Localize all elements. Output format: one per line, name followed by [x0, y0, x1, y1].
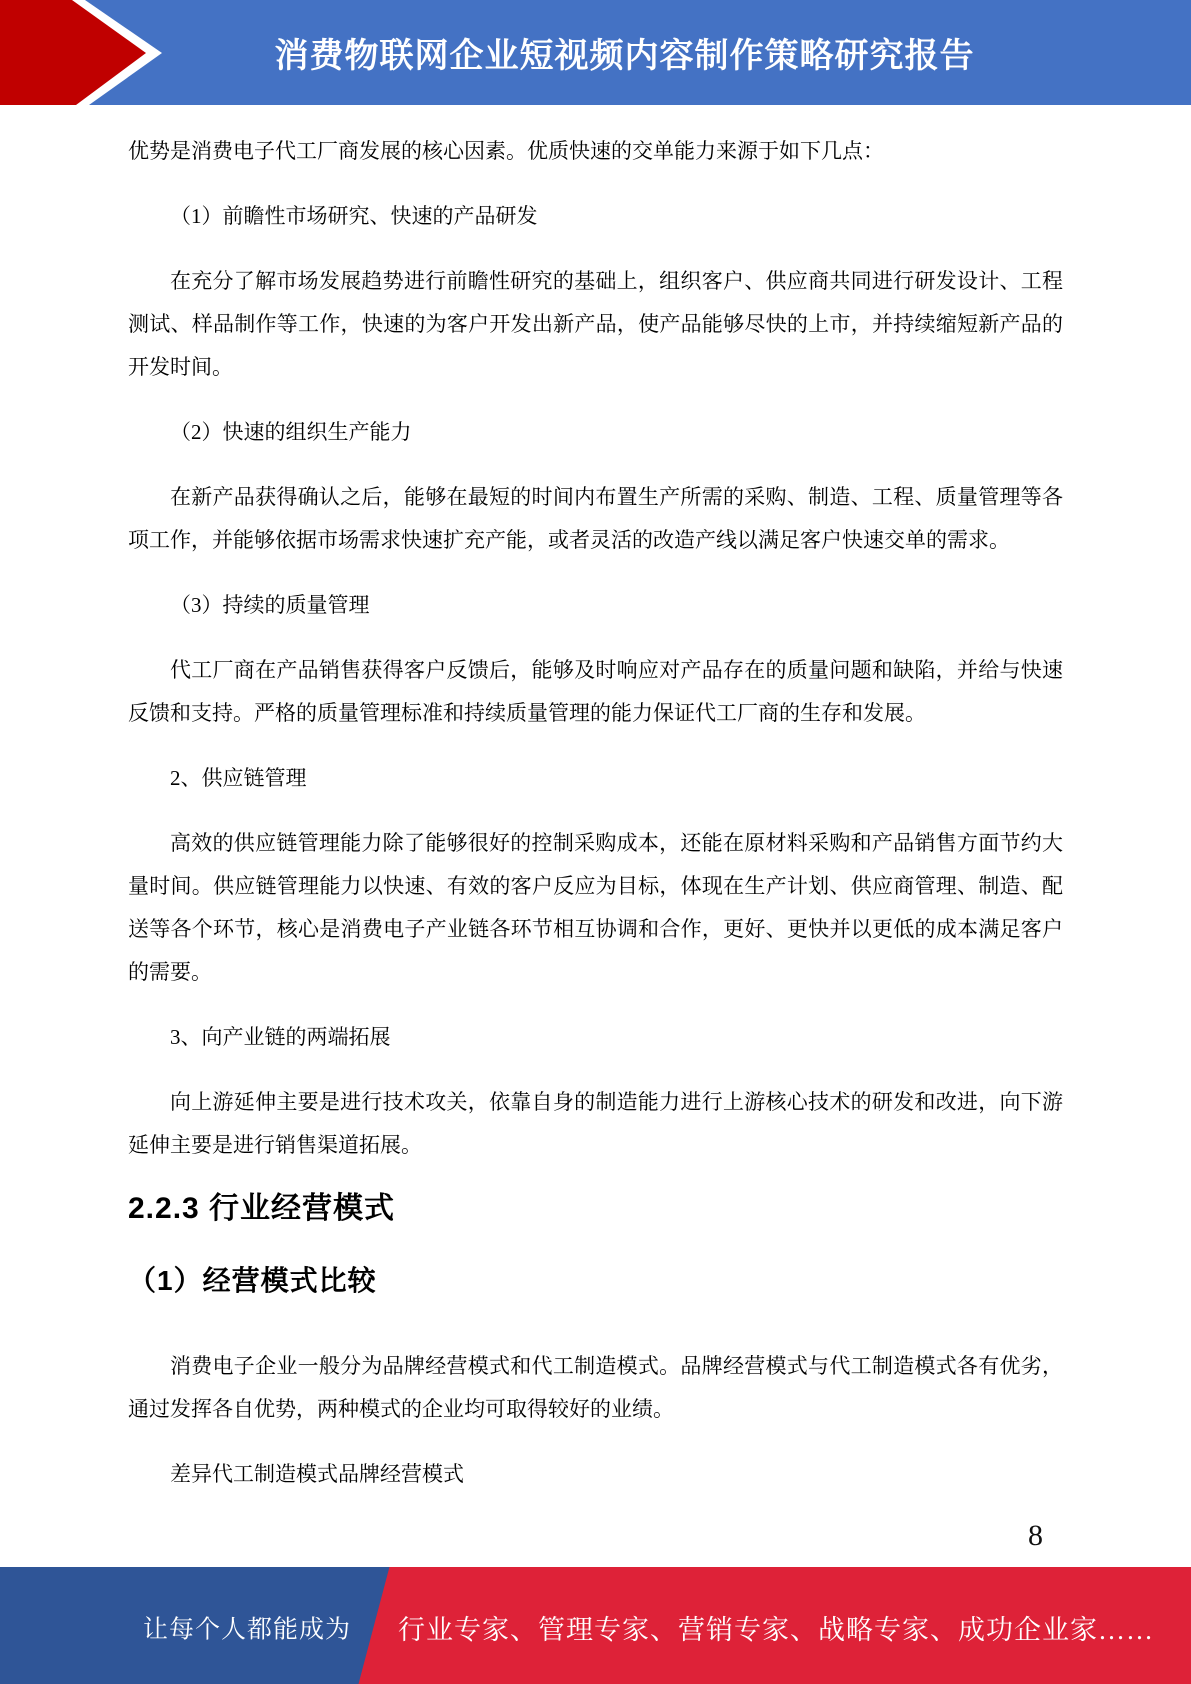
- subsection-heading-1: （1）经营模式比较: [128, 1261, 1063, 1301]
- header-banner: 消费物联网企业短视频内容制作策略研究报告: [0, 0, 1191, 105]
- page-number: 8: [1028, 1518, 1043, 1554]
- paragraph: 高效的供应链管理能力除了能够很好的控制采购成本，还能在原材料采购和产品销售方面节…: [128, 822, 1063, 994]
- paragraph-continuation: 优势是消费电子代工厂商发展的核心因素。优质快速的交单能力来源于如下几点：: [128, 130, 1063, 173]
- report-title: 消费物联网企业短视频内容制作策略研究报告: [0, 0, 1191, 105]
- paragraph: 差异代工制造模式品牌经营模式: [128, 1453, 1063, 1496]
- list-item-2: （2）快速的组织生产能力: [128, 411, 1063, 454]
- footer-slogan-left: 让每个人都能成为: [143, 1609, 351, 1645]
- list-item-3: （3）持续的质量管理: [128, 584, 1063, 627]
- footer-slogan-right: 行业专家、管理专家、营销专家、战略专家、成功企业家……: [398, 1608, 1154, 1647]
- paragraph: 消费电子企业一般分为品牌经营模式和代工制造模式。品牌经营模式与代工制造模式各有优…: [128, 1345, 1063, 1431]
- list-item-1: （1）前瞻性市场研究、快速的产品研发: [128, 195, 1063, 238]
- document-body: 优势是消费电子代工厂商发展的核心因素。优质快速的交单能力来源于如下几点： （1）…: [128, 130, 1063, 1518]
- paragraph: 向上游延伸主要是进行技术攻关，依靠自身的制造能力进行上游核心技术的研发和改进，向…: [128, 1081, 1063, 1167]
- paragraph: 在充分了解市场发展趋势进行前瞻性研究的基础上，组织客户、供应商共同进行研发设计、…: [128, 260, 1063, 389]
- document-page: 消费物联网企业短视频内容制作策略研究报告 优势是消费电子代工厂商发展的核心因素。…: [0, 0, 1191, 1684]
- numbered-point-2: 2、供应链管理: [128, 757, 1063, 800]
- numbered-point-3: 3、向产业链的两端拓展: [128, 1016, 1063, 1059]
- section-heading-2-2-3: 2.2.3 行业经营模式: [128, 1189, 1063, 1229]
- paragraph: 在新产品获得确认之后，能够在最短的时间内布置生产所需的采购、制造、工程、质量管理…: [128, 476, 1063, 562]
- paragraph: 代工厂商在产品销售获得客户反馈后，能够及时响应对产品存在的质量问题和缺陷，并给与…: [128, 649, 1063, 735]
- footer-banner: 让每个人都能成为 行业专家、管理专家、营销专家、战略专家、成功企业家……: [0, 1567, 1191, 1684]
